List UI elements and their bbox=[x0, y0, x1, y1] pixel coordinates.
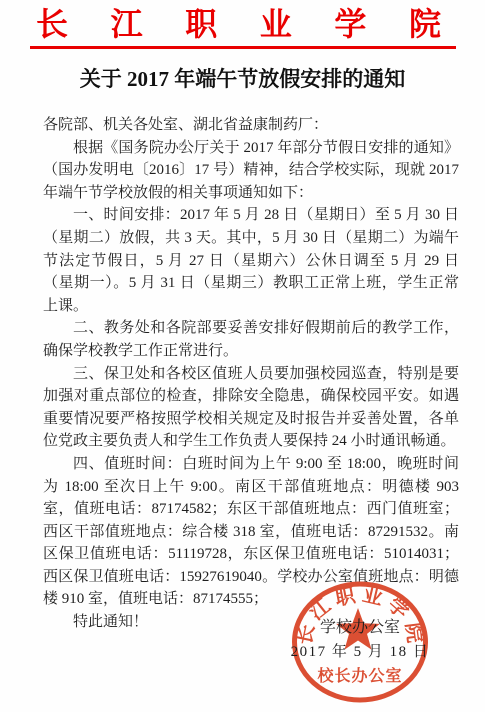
school-name-char: 院 bbox=[409, 5, 441, 43]
salutation: 各院部、机关各处室、湖北省益康制药厂： bbox=[43, 114, 459, 137]
school-name-char: 江 bbox=[111, 5, 143, 43]
document-page: 长 江 职 业 学 院 关于 2017 年端午节放假安排的通知 各院部、机关各处… bbox=[0, 0, 485, 712]
paragraph-basis: 根据《国务院办公厅关于 2017 年部分节假日安排的通知》（国办发明电〔2016… bbox=[43, 137, 459, 205]
seal-bottom-text: 校长办公室 bbox=[316, 666, 402, 685]
paragraph-security: 三、保卫处和各校区值班人员要加强校园巡查，特别是要加强对重点部位的检查，排除安全… bbox=[43, 363, 459, 453]
header-rule bbox=[30, 46, 456, 49]
signature-date: 2017 年 5 月 18 日 bbox=[276, 644, 444, 660]
doc-title: 关于 2017 年端午节放假安排的通知 bbox=[0, 64, 485, 94]
paragraph-schedule: 一、时间安排：2017 年 5 月 28 日（星期日）至 5 月 30 日（星期… bbox=[43, 204, 459, 317]
signature-office: 学校办公室 bbox=[276, 619, 444, 636]
signature-block: 学校办公室 2017 年 5 月 18 日 bbox=[276, 619, 444, 660]
paragraph-teaching: 二、教务处和各院部要妥善安排好假期前后的教学工作，确保学校教学工作正常进行。 bbox=[43, 317, 459, 362]
school-name: 长 江 职 业 学 院 bbox=[36, 5, 441, 43]
hand-cursor-icon: ☝ bbox=[178, 136, 187, 154]
doc-body: 各院部、机关各处室、湖北省益康制药厂： 根据《国务院办公厅关于 2017 年部分… bbox=[43, 114, 459, 634]
school-name-char: 学 bbox=[334, 5, 366, 43]
school-name-char: 职 bbox=[185, 5, 217, 43]
school-name-char: 业 bbox=[260, 5, 292, 43]
school-name-char: 长 bbox=[36, 5, 68, 43]
